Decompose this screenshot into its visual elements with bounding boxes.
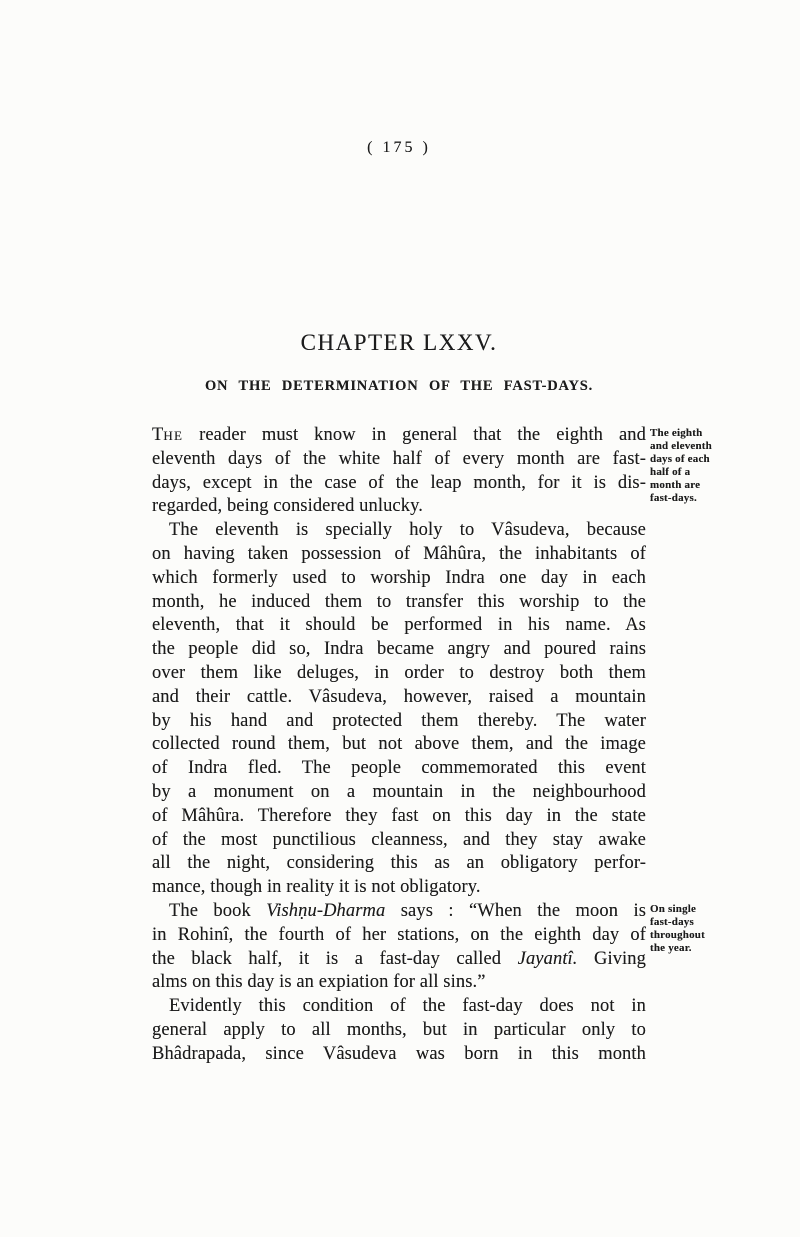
margin-note-line: the year. <box>650 942 764 955</box>
text-line: mance, though in reality it is not oblig… <box>152 876 646 900</box>
text-run: Giving <box>578 949 646 969</box>
text-line: Evidently this condition of the fast-day… <box>152 995 646 1019</box>
paragraph: On singlefast-daysthroughoutthe year.The… <box>152 900 646 995</box>
text-line: by his hand and protected them thereby. … <box>152 710 646 734</box>
text-run: in Rohinî, the fourth of her stations, o… <box>152 925 646 945</box>
chapter-heading: CHAPTER LXXV. <box>102 330 696 356</box>
text-line: by a monument on a mountain in the neigh… <box>152 781 646 805</box>
text-run: collected round them, but not above them… <box>152 734 646 754</box>
margin-note-line: throughout <box>650 929 764 942</box>
text-line: collected round them, but not above them… <box>152 733 646 757</box>
text-run: eleventh days of the white half of every… <box>152 449 646 469</box>
text-run: the black half, it is a fast-day called <box>152 949 518 969</box>
text-run: says : “When the moon is <box>385 901 646 921</box>
text-run: general apply to all months, but in part… <box>152 1020 646 1040</box>
margin-note: On singlefast-daysthroughoutthe year. <box>650 903 764 955</box>
margin-note-line: fast-days <box>650 916 764 929</box>
text-run: reader must know in general that the eig… <box>183 425 646 445</box>
text-run-smallcaps: he <box>163 425 183 445</box>
text-run: mance, though in reality it is not oblig… <box>152 877 481 897</box>
margin-note-line: On single <box>650 903 764 916</box>
section-heading: ON THE DETERMINATION OF THE FAST-DAYS. <box>102 378 696 395</box>
text-run: alms on this day is an expiation for all… <box>152 972 486 992</box>
text-line: which formerly used to worship Indra one… <box>152 567 646 591</box>
margin-note-line: half of a <box>650 466 764 479</box>
margin-note-line: fast-days. <box>650 492 764 505</box>
text-run: which formerly used to worship Indra one… <box>152 568 646 588</box>
text-line: The book Vishṇu-Dharma says : “When the … <box>152 900 646 924</box>
text-line: of Mâhûra. Therefore they fast on this d… <box>152 805 646 829</box>
text-run: eleventh, that it should be performed in… <box>152 615 646 635</box>
text-line: all the night, considering this as an ob… <box>152 852 646 876</box>
text-run: month, he induced them to transfer this … <box>152 592 646 612</box>
text-run: The book <box>169 901 266 921</box>
text-run: days, except in the case of the leap mon… <box>152 473 646 493</box>
text-run: on having taken possession of Mâhûra, th… <box>152 544 646 564</box>
text-line: Bhâdrapada, since Vâsudeva was born in t… <box>152 1043 646 1067</box>
text-line: eleventh, that it should be performed in… <box>152 614 646 638</box>
text-line: the black half, it is a fast-day called … <box>152 948 646 972</box>
text-run: Evidently this condition of the fast-day… <box>169 996 646 1016</box>
text-run-italic: Vishṇu-Dharma <box>266 901 385 921</box>
text-line: month, he induced them to transfer this … <box>152 591 646 615</box>
text-line: and their cattle. Vâsudeva, however, rai… <box>152 686 646 710</box>
text-line: the people did so, Indra became angry an… <box>152 638 646 662</box>
page-number: ( 175 ) <box>152 139 646 157</box>
text-run-italic: Jayantî. <box>518 949 578 969</box>
paragraph: Evidently this condition of the fast-day… <box>152 995 646 1066</box>
text-run: the people did so, Indra became angry an… <box>152 639 646 659</box>
text-line: The eleventh is specially holy to Vâsude… <box>152 519 646 543</box>
text-line: general apply to all months, but in part… <box>152 1019 646 1043</box>
margin-note-line: days of each <box>650 453 764 466</box>
text-line: regarded, being considered unlucky. <box>152 495 646 519</box>
text-run: regarded, being considered unlucky. <box>152 496 423 516</box>
text-run: Bhâdrapada, since Vâsudeva was born in t… <box>152 1044 646 1064</box>
paragraph: The eighthand eleventhdays of eachhalf o… <box>152 424 646 519</box>
text-line: days, except in the case of the leap mon… <box>152 472 646 496</box>
text-run: The eleventh is specially holy to Vâsude… <box>169 520 646 540</box>
text-line: of Indra fled. The people commemorated t… <box>152 757 646 781</box>
body-column: The eighthand eleventhdays of eachhalf o… <box>152 424 646 1067</box>
text-line: eleventh days of the white half of every… <box>152 448 646 472</box>
paragraph: The eleventh is specially holy to Vâsude… <box>152 519 646 900</box>
text-run: over them like deluges, in order to dest… <box>152 663 646 683</box>
text-run: and their cattle. Vâsudeva, however, rai… <box>152 687 646 707</box>
text-run: by a monument on a mountain in the neigh… <box>152 782 646 802</box>
text-run: of Indra fled. The people commemorated t… <box>152 758 646 778</box>
book-page: ( 175 ) CHAPTER LXXV. ON THE DETERMINATI… <box>0 0 800 1237</box>
text-run: of the most punctilious cleanness, and t… <box>152 830 646 850</box>
text-line: alms on this day is an expiation for all… <box>152 971 646 995</box>
text-run: all the night, considering this as an ob… <box>152 853 646 873</box>
text-run: by his hand and protected them thereby. … <box>152 711 646 731</box>
margin-note-line: and eleventh <box>650 440 764 453</box>
text-line: over them like deluges, in order to dest… <box>152 662 646 686</box>
text-line: of the most punctilious cleanness, and t… <box>152 829 646 853</box>
margin-note: The eighthand eleventhdays of eachhalf o… <box>650 427 764 505</box>
margin-note-line: month are <box>650 479 764 492</box>
text-line: The reader must know in general that the… <box>152 424 646 448</box>
margin-note-line: The eighth <box>650 427 764 440</box>
text-run: T <box>152 425 163 445</box>
text-line: in Rohinî, the fourth of her stations, o… <box>152 924 646 948</box>
text-line: on having taken possession of Mâhûra, th… <box>152 543 646 567</box>
text-run: of Mâhûra. Therefore they fast on this d… <box>152 806 646 826</box>
